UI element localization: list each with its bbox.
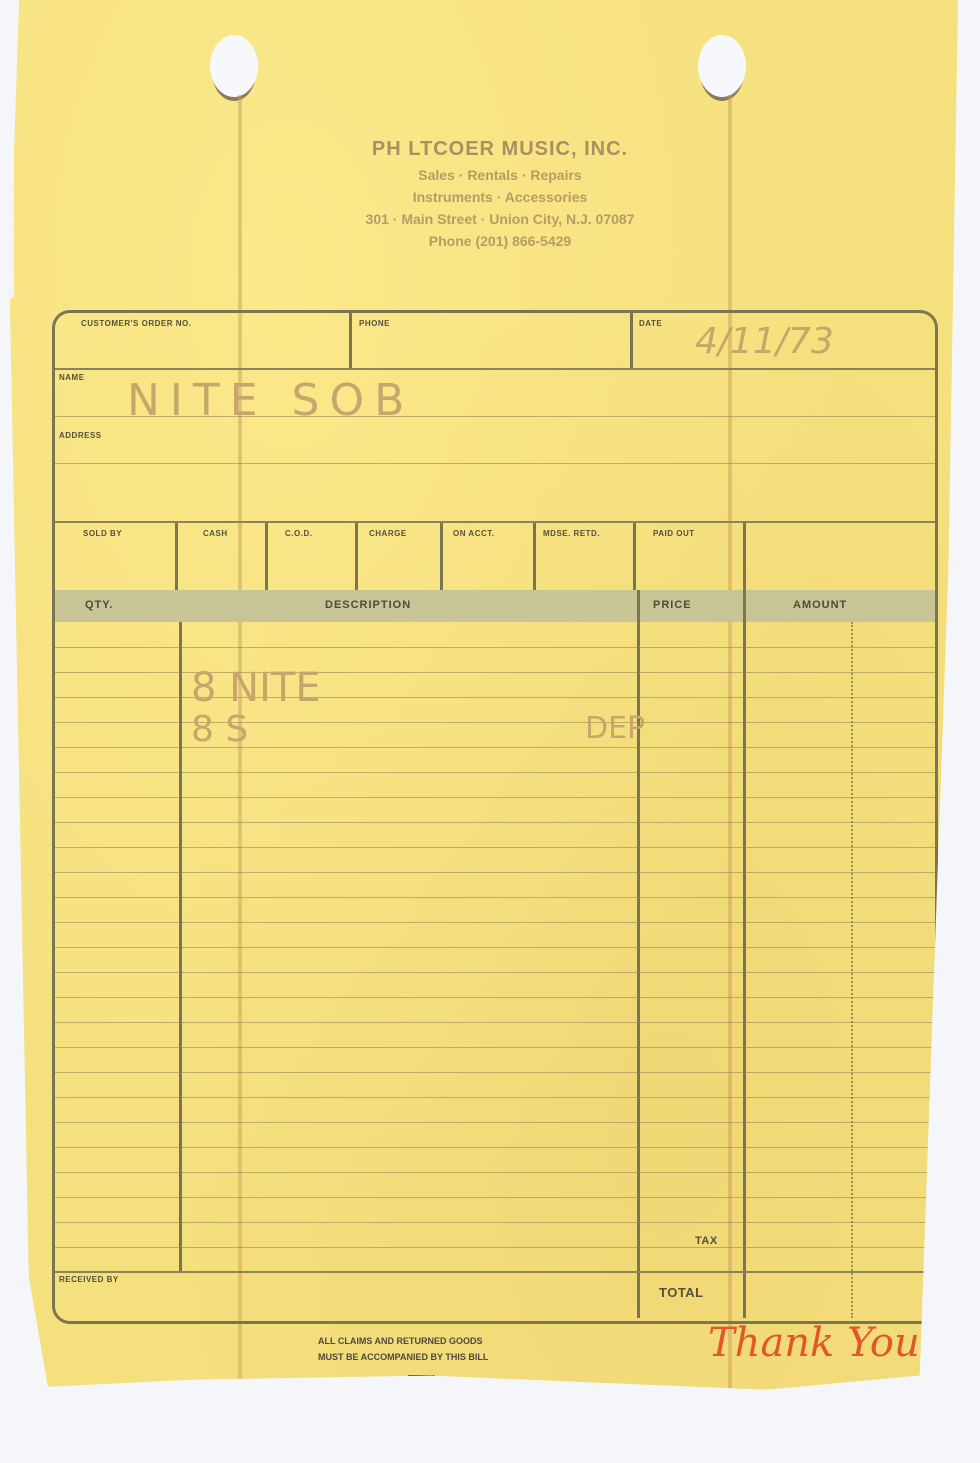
mdse-returned-label: MDSE. RETD. [543,529,600,538]
charge-label: CHARGE [369,529,407,538]
description-header: DESCRIPTION [325,599,411,611]
table-rule [55,1247,935,1248]
divider [633,523,636,591]
divider [743,523,746,591]
footer-notice: ALL CLAIMS AND RETURNED GOODS MUST BE AC… [318,1333,678,1391]
table-rule [55,1022,935,1023]
cash-label: CASH [203,529,228,538]
qty-header: QTY. [85,599,113,611]
paid-out-label: PAID OUT [653,529,695,538]
table-rule [55,1097,935,1098]
divider [440,523,443,591]
table-rule [55,822,935,823]
table-rule [55,922,935,923]
cod-label: C.O.D. [285,529,312,538]
row-2-description: 8 S [191,709,248,750]
table-rule [55,1222,935,1223]
price-header: PRICE [653,599,692,611]
company-line-1: Sales · Rentals · Repairs [270,167,730,183]
table-rule [55,772,935,773]
customer-order-label: CUSTOMER'S ORDER NO. [81,319,191,328]
divider [349,313,352,368]
price-column-divider [637,590,640,1318]
rule [55,463,935,464]
company-phone: Phone (201) 866-5429 [270,233,730,249]
divider [630,313,633,368]
table-rule [55,672,935,673]
invoice-form: CUSTOMER'S ORDER NO. PHONE DATE 4/11/73 … [52,310,938,1324]
table-header: QTY. DESCRIPTION PRICE AMOUNT [55,590,935,622]
torn-notch [0,130,14,300]
table-rule [55,697,935,698]
divider [55,1271,935,1273]
form-number: FORM NO. 1148 [441,1378,501,1387]
date-value: 4/11/73 [695,321,834,362]
amount-column-divider [743,590,746,1318]
sold-by-label: SOLD BY [83,529,122,538]
table-rule [55,1197,935,1198]
table-rule [55,1147,935,1148]
table-rule [55,797,935,798]
amount-header: AMOUNT [793,599,847,611]
table-rule [55,1122,935,1123]
divider [55,368,935,370]
company-line-2: Instruments · Accessories [270,189,730,205]
phone-label: PHONE [359,319,390,328]
punch-hole-left [210,35,258,97]
footer-line-1: ALL CLAIMS AND RETURNED GOODS [318,1333,678,1349]
divider [533,523,536,591]
row-1-description: 8 NITE [191,665,321,711]
receipt-paper: PH LTCOER MUSIC, INC. Sales · Rentals · … [0,0,958,1418]
divider [355,523,358,591]
footer-line-2: MUST BE ACCOMPANIED BY THIS BILL [318,1349,678,1365]
address-label: ADDRESS [59,431,102,440]
table-rule [55,997,935,998]
tax-label: TAX [695,1235,718,1247]
table-rule [55,947,935,948]
printer-logo: MMC [408,1375,435,1391]
name-label: NAME [59,373,85,382]
table-rule [55,1172,935,1173]
cents-divider [851,622,853,1318]
thank-you-text: Thank You [708,1320,920,1366]
table-rule [55,722,935,723]
table-rule [55,897,935,898]
table-rule [55,1072,935,1073]
table-rule [55,1047,935,1048]
company-header: PH LTCOER MUSIC, INC. Sales · Rentals · … [270,138,730,249]
table-rule [55,872,935,873]
rule [55,416,935,417]
name-value: NITE SOB [127,375,414,426]
punch-hole-right [698,35,746,97]
date-label: DATE [639,319,662,328]
company-address: 301 · Main Street · Union City, N.J. 070… [270,211,730,227]
received-by-label: RECEIVED BY [59,1275,119,1284]
table-rule [55,972,935,973]
footer-line-3: PRODUCT FORMS BY MMC FORM NO. 1148 [318,1375,678,1391]
total-label: TOTAL [659,1285,704,1300]
printer-credit: PRODUCT FORMS BY [318,1378,402,1387]
divider [265,523,268,591]
divider [55,521,935,523]
table-rule [55,847,935,848]
divider [175,523,178,591]
row-2-price: DEP [585,711,645,746]
on-account-label: ON ACCT. [453,529,494,538]
table-rule [55,647,935,648]
table-rule [55,747,935,748]
company-name: PH LTCOER MUSIC, INC. [270,138,730,161]
